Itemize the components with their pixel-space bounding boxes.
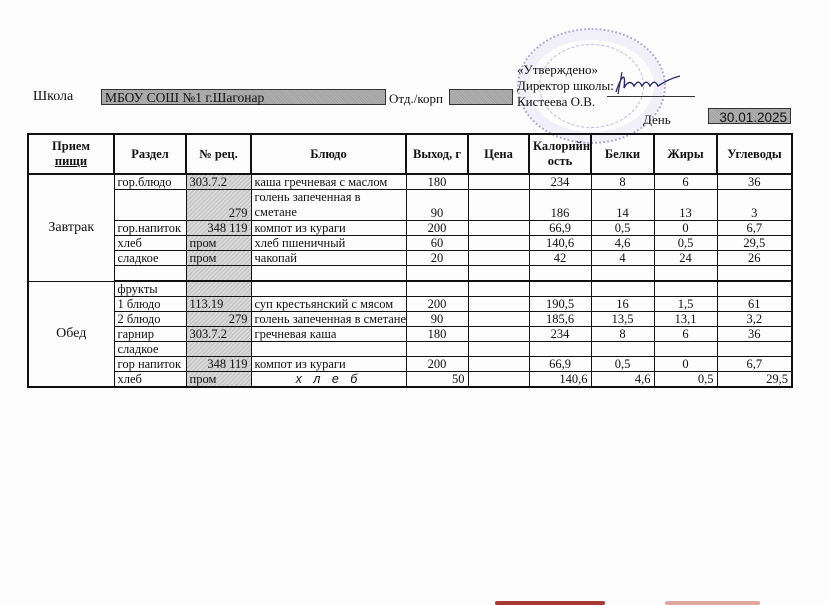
cell-dish: х л е б (251, 372, 406, 388)
cell-fat: 0,5 (654, 236, 717, 251)
cell-price (468, 297, 529, 312)
cell-carbs (717, 342, 792, 357)
school-label: Школа (33, 89, 73, 105)
cell-calories: 66,9 (529, 357, 591, 372)
menu-table: Приемпищи Раздел № рец. Блюдо Выход, г Ц… (27, 133, 793, 388)
cell-yield (406, 281, 468, 297)
cell-section (114, 190, 186, 221)
table-row: 1 блюдо 113.19 суп крестьянский с мясом … (28, 297, 792, 312)
table-header-row: Приемпищи Раздел № рец. Блюдо Выход, г Ц… (28, 134, 792, 174)
director-label: Директор школы: (517, 78, 614, 94)
signature-icon (612, 70, 682, 96)
cell-section: 2 блюдо (114, 312, 186, 327)
cell-dish (251, 266, 406, 282)
cell-section: 1 блюдо (114, 297, 186, 312)
col-carbs: Углеводы (717, 134, 792, 174)
table-row: гор напиток 348 119 компот из кураги 200… (28, 357, 792, 372)
cell-recipe: 113.19 (186, 297, 251, 312)
cell-protein: 4,6 (591, 372, 654, 388)
cell-protein: 4,6 (591, 236, 654, 251)
table-row: гор.напиток 348 119 компот из кураги 200… (28, 221, 792, 236)
table-row: Обед фрукты (28, 281, 792, 297)
cell-fat: 0 (654, 221, 717, 236)
table-row (28, 266, 792, 282)
cell-fat (654, 266, 717, 282)
cell-calories: 190,5 (529, 297, 591, 312)
cell-yield: 180 (406, 174, 468, 190)
scan-edge-mark (665, 601, 760, 605)
cell-price (468, 236, 529, 251)
cell-calories: 140,6 (529, 236, 591, 251)
cell-recipe (186, 281, 251, 297)
cell-yield: 50 (406, 372, 468, 388)
cell-recipe (186, 342, 251, 357)
cell-yield: 180 (406, 327, 468, 342)
col-yield: Выход, г (406, 134, 468, 174)
cell-dish: гречневая каша (251, 327, 406, 342)
cell-calories (529, 266, 591, 282)
cell-calories: 234 (529, 327, 591, 342)
col-fat: Жиры (654, 134, 717, 174)
date-value: 30.01.2025 (719, 110, 790, 125)
day-label: День (643, 112, 671, 128)
cell-recipe: 303.7.2 (186, 174, 251, 190)
cell-price (468, 372, 529, 388)
col-recipe: № рец. (186, 134, 251, 174)
cell-carbs: 3,2 (717, 312, 792, 327)
cell-recipe (186, 266, 251, 282)
cell-dish: голень запеченная в сметане (251, 312, 406, 327)
cell-carbs: 29,5 (717, 372, 792, 388)
cell-recipe: 348 119 (186, 221, 251, 236)
cell-dish: компот из кураги (251, 357, 406, 372)
cell-protein: 8 (591, 327, 654, 342)
cell-carbs (717, 266, 792, 282)
cell-protein (591, 342, 654, 357)
cell-carbs: 3 (717, 190, 792, 221)
date-field[interactable]: 30.01.2025 (708, 108, 791, 124)
table-row: гарнир 303.7.2 гречневая каша 180 234 8 … (28, 327, 792, 342)
cell-price (468, 327, 529, 342)
cell-yield: 60 (406, 236, 468, 251)
cell-fat: 24 (654, 251, 717, 266)
signature-line (607, 96, 695, 97)
cell-recipe: 279 (186, 190, 251, 221)
cell-yield: 200 (406, 297, 468, 312)
cell-fat (654, 281, 717, 297)
cell-recipe: пром (186, 236, 251, 251)
cell-calories: 140,6 (529, 372, 591, 388)
cell-calories (529, 342, 591, 357)
cell-protein: 4 (591, 251, 654, 266)
cell-dish: хлеб пшеничный (251, 236, 406, 251)
cell-calories (529, 281, 591, 297)
cell-fat: 1,5 (654, 297, 717, 312)
cell-calories: 234 (529, 174, 591, 190)
cell-recipe: 348 119 (186, 357, 251, 372)
table-row: 2 блюдо 279 голень запеченная в сметане … (28, 312, 792, 327)
cell-dish (251, 281, 406, 297)
cell-price (468, 312, 529, 327)
cell-calories: 66,9 (529, 221, 591, 236)
cell-section: гарнир (114, 327, 186, 342)
cell-fat: 0 (654, 357, 717, 372)
table-row: хлеб пром хлеб пшеничный 60 140,6 4,6 0,… (28, 236, 792, 251)
cell-carbs: 26 (717, 251, 792, 266)
cell-protein: 0,5 (591, 221, 654, 236)
cell-fat: 13 (654, 190, 717, 221)
cell-yield: 90 (406, 190, 468, 221)
col-calories: Калорийность (529, 134, 591, 174)
cell-fat: 13,1 (654, 312, 717, 327)
table-row: Завтрак гор.блюдо 303.7.2 каша гречневая… (28, 174, 792, 190)
cell-recipe: 303.7.2 (186, 327, 251, 342)
cell-carbs: 6,7 (717, 357, 792, 372)
cell-price (468, 221, 529, 236)
cell-calories: 42 (529, 251, 591, 266)
cell-price (468, 251, 529, 266)
table-row: сладкое пром чакопай 20 42 4 24 26 (28, 251, 792, 266)
cell-yield: 90 (406, 312, 468, 327)
cell-fat: 6 (654, 327, 717, 342)
cell-yield: 200 (406, 357, 468, 372)
cell-carbs: 61 (717, 297, 792, 312)
cell-section: гор.напиток (114, 221, 186, 236)
cell-calories: 185,6 (529, 312, 591, 327)
cell-protein: 8 (591, 174, 654, 190)
cell-price (468, 342, 529, 357)
cell-price (468, 190, 529, 221)
cell-fat: 6 (654, 174, 717, 190)
cell-carbs: 36 (717, 327, 792, 342)
cell-fat: 0,5 (654, 372, 717, 388)
cell-dish: каша гречневая с маслом (251, 174, 406, 190)
cell-section: хлеб (114, 372, 186, 388)
cell-carbs: 36 (717, 174, 792, 190)
cell-recipe: пром (186, 251, 251, 266)
table-row: хлеб пром х л е б 50 140,6 4,6 0,5 29,5 (28, 372, 792, 388)
director-name: Кистеева О.В. (517, 94, 595, 110)
cell-yield: 200 (406, 221, 468, 236)
cell-section: сладкое (114, 342, 186, 357)
cell-yield: 20 (406, 251, 468, 266)
cell-protein: 14 (591, 190, 654, 221)
cell-dish: суп крестьянский с мясом (251, 297, 406, 312)
cell-price (468, 281, 529, 297)
meal-breakfast: Завтрак (28, 174, 114, 281)
cell-recipe: пром (186, 372, 251, 388)
cell-section: гор.блюдо (114, 174, 186, 190)
meal-lunch: Обед (28, 281, 114, 387)
approved-label: «Утверждено» (517, 62, 598, 78)
cell-recipe: 279 (186, 312, 251, 327)
cell-protein (591, 266, 654, 282)
col-protein: Белки (591, 134, 654, 174)
table-row: 279 голень запеченная в сметане 90 186 1… (28, 190, 792, 221)
cell-yield (406, 342, 468, 357)
cell-dish: компот из кураги (251, 221, 406, 236)
cell-protein: 16 (591, 297, 654, 312)
scan-edge-mark (495, 601, 605, 605)
cell-carbs: 6,7 (717, 221, 792, 236)
cell-dish: чакопай (251, 251, 406, 266)
col-meal: Приемпищи (28, 134, 114, 174)
dept-field[interactable] (449, 89, 513, 105)
cell-dish: голень запеченная в сметане (251, 190, 406, 221)
cell-protein (591, 281, 654, 297)
cell-section: сладкое (114, 251, 186, 266)
cell-fat (654, 342, 717, 357)
school-value: МБОУ СОШ №1 г.Шагонар (105, 90, 264, 105)
cell-yield (406, 266, 468, 282)
cell-protein: 13,5 (591, 312, 654, 327)
col-dish: Блюдо (251, 134, 406, 174)
table-row: сладкое (28, 342, 792, 357)
cell-price (468, 174, 529, 190)
cell-section: гор напиток (114, 357, 186, 372)
school-field[interactable]: МБОУ СОШ №1 г.Шагонар (101, 89, 386, 105)
cell-dish (251, 342, 406, 357)
cell-calories: 186 (529, 190, 591, 221)
cell-carbs: 29,5 (717, 236, 792, 251)
cell-section (114, 266, 186, 282)
col-section: Раздел (114, 134, 186, 174)
cell-price (468, 357, 529, 372)
col-price: Цена (468, 134, 529, 174)
cell-price (468, 266, 529, 282)
cell-carbs (717, 281, 792, 297)
cell-section: фрукты (114, 281, 186, 297)
dept-label: Отд./корп (389, 91, 443, 107)
cell-section: хлеб (114, 236, 186, 251)
cell-protein: 0,5 (591, 357, 654, 372)
